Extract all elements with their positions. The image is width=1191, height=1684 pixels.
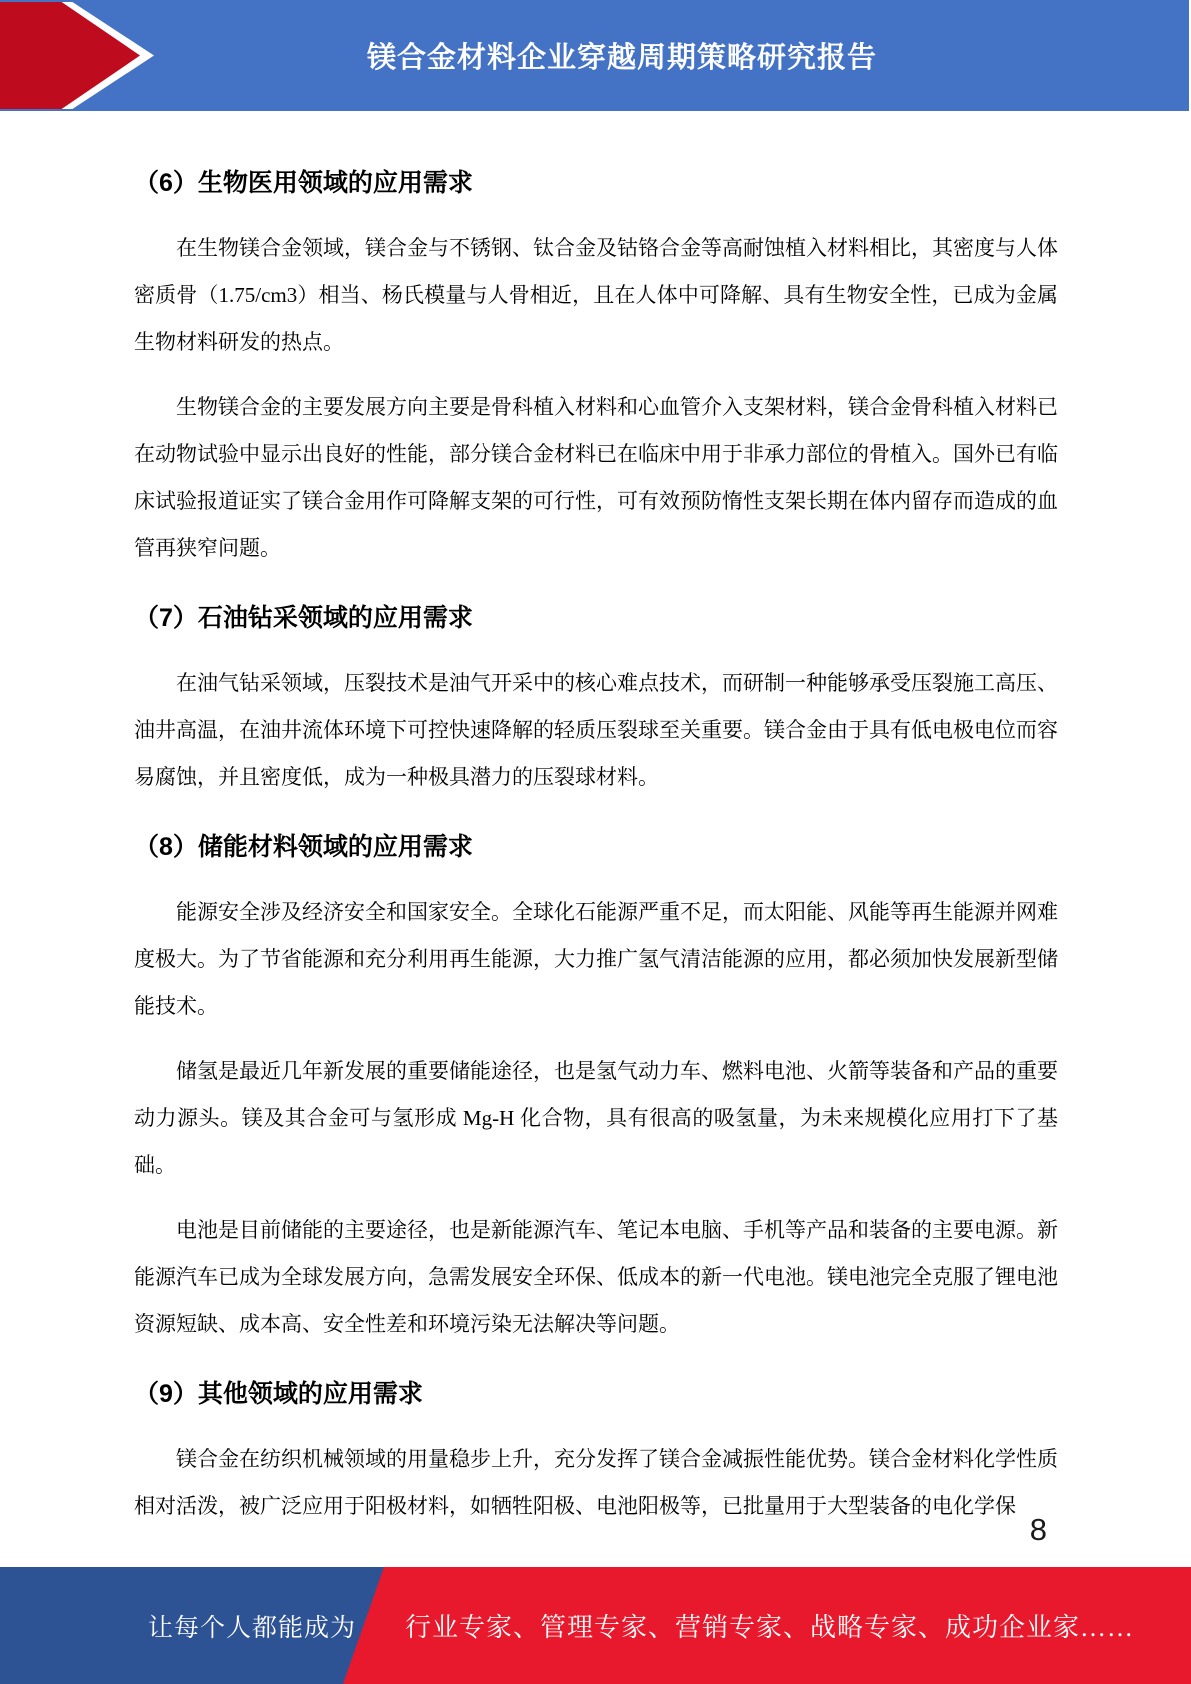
page-number: 8 bbox=[1030, 1512, 1047, 1548]
report-title: 镁合金材料企业穿越周期策略研究报告 bbox=[0, 0, 1189, 111]
footer-slogan-right: 行业专家、管理专家、营销专家、战略专家、成功企业家…… bbox=[405, 1567, 1134, 1684]
paragraph: 在油气钻采领域，压裂技术是油气开采中的核心难点技术，而研制一种能够承受压裂施工高… bbox=[134, 660, 1058, 801]
paragraph: 生物镁合金的主要发展方向主要是骨科植入材料和心血管介入支架材料，镁合金骨科植入材… bbox=[134, 384, 1058, 572]
section-heading-7: （7）石油钻采领域的应用需求 bbox=[134, 602, 1058, 634]
paragraph: 在生物镁合金领域，镁合金与不锈钢、钛合金及钴铬合金等高耐蚀植入材料相比，其密度与… bbox=[134, 225, 1058, 366]
section-heading-9: （9）其他领域的应用需求 bbox=[134, 1378, 1058, 1410]
footer-banner: 让每个人都能成为 行业专家、管理专家、营销专家、战略专家、成功企业家…… bbox=[0, 1567, 1191, 1684]
paragraph: 镁合金在纺织机械领域的用量稳步上升，充分发挥了镁合金减振性能优势。镁合金材料化学… bbox=[134, 1436, 1058, 1530]
section-heading-6: （6）生物医用领域的应用需求 bbox=[134, 167, 1058, 199]
header-banner: 镁合金材料企业穿越周期策略研究报告 bbox=[0, 0, 1189, 111]
footer-slogan-left: 让每个人都能成为 bbox=[148, 1567, 356, 1684]
document-content: （6）生物医用领域的应用需求 在生物镁合金领域，镁合金与不锈钢、钛合金及钴铬合金… bbox=[0, 111, 1191, 1548]
paragraph: 电池是目前储能的主要途径，也是新能源汽车、笔记本电脑、手机等产品和装备的主要电源… bbox=[134, 1207, 1058, 1348]
section-heading-8: （8）储能材料领域的应用需求 bbox=[134, 831, 1058, 863]
report-page: 镁合金材料企业穿越周期策略研究报告 （6）生物医用领域的应用需求 在生物镁合金领… bbox=[0, 0, 1191, 1684]
paragraph: 储氢是最近几年新发展的重要储能途径，也是氢气动力车、燃料电池、火箭等装备和产品的… bbox=[134, 1048, 1058, 1189]
paragraph: 能源安全涉及经济安全和国家安全。全球化石能源严重不足，而太阳能、风能等再生能源并… bbox=[134, 889, 1058, 1030]
